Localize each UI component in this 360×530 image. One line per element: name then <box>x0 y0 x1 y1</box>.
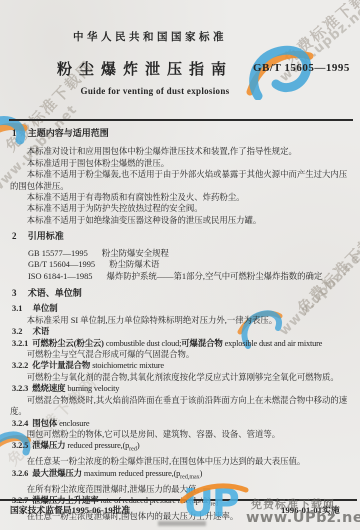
term-definition: 可燃混合物燃烧时,其火焰前沿阵面在垂直于该前沿阵面方向上在未燃混合物中移动的速度… <box>10 395 354 418</box>
reference-name: 粉尘防爆安全规程 <box>102 249 169 258</box>
blurred-stamp <box>158 521 206 526</box>
scanned-standard-document: 免费标准下载网 www.upbz.net 免费标准下载网 www.upbz.ne… <box>0 0 360 530</box>
term-en: explosible dust and air mixture <box>225 339 323 348</box>
subsection-3-2-heading: 3.2 术语 <box>12 326 354 337</box>
term-number: 3.2.4 <box>12 419 28 428</box>
term-en: stoichiometric mixture <box>92 361 164 370</box>
subsection-3-1-heading: 3.1 单位制 <box>12 303 354 314</box>
header-divider <box>9 119 353 121</box>
section-3-heading: 3 术语、单位制 <box>12 288 354 299</box>
term-heading: 3.2.5 泄爆压力 reduced pressure,(pred) <box>12 440 354 456</box>
section-number: 2 <box>12 231 17 241</box>
term-subscript: red,max <box>180 474 200 480</box>
scope-paragraph: 本标准不适用于如绝缘油变压器这种设备的泄压或民用压力罐。 <box>10 215 354 226</box>
term-number: 3.2.1 <box>12 339 28 348</box>
section-number: 1 <box>12 128 17 138</box>
scope-paragraph: 本标准不适用于为防护失控放热过程的安全阀。 <box>10 203 354 214</box>
term-number: 3.2.6 <box>12 469 28 478</box>
section-title: 引用标准 <box>28 231 64 241</box>
section-1-heading: 1 主题内容与适用范围 <box>12 128 354 139</box>
reference-item: GB 15577—1995 粉尘防爆安全规程 <box>28 248 354 260</box>
term-definition: 在任意某一粉尘浓度的粉尘爆炸泄压时,在围包体中压力达到的最大表压值。 <box>10 456 354 467</box>
section-number: 3 <box>12 288 17 298</box>
term-definition: 可燃粉尘与空气混合形成可爆的气固混合物。 <box>10 349 354 360</box>
term-cn: 化学计量混合物 <box>32 361 90 370</box>
term-heading: 3.2.1 可燃粉尘云(粉尘云) combustible dust cloud;… <box>12 338 354 349</box>
term-definition: 可燃粉尘与氧化剂的混合物,其氧化剂浓度按化学反应式计算刚够完全氧化可燃物质。 <box>10 372 354 383</box>
section-title: 单位制 <box>33 304 58 313</box>
reference-code: GB 15577—1995 <box>28 249 88 258</box>
term-definition: 围包可燃粉尘的物体,它可以是房间、建筑物、容器、设备、管道等。 <box>10 429 354 440</box>
reference-name: 粉尘防爆术语 <box>109 260 159 269</box>
reference-item: ISO 6184-1—1985 爆炸防护系统——第1部分,空气中可燃粉尘爆炸指数… <box>28 271 354 283</box>
term-subscript: red <box>129 447 137 453</box>
reference-item: GB/T 15604—1995 粉尘防爆术语 <box>28 259 354 271</box>
reference-code: ISO 6184-1—1985 <box>28 272 92 281</box>
watermark-site-url: www.UPbz.net <box>246 510 360 526</box>
term-heading: 3.2.4 围包体 enclosure <box>12 418 354 429</box>
term-number: 3.2.5 <box>12 441 28 450</box>
section-number: 3.2 <box>12 327 22 336</box>
scope-paragraph: 本标准对设计和应用围包体中粉尘爆炸泄压技术和装置,作了指导性规定。 <box>10 146 354 157</box>
scope-paragraph: 本标准适用于围包体粉尘爆燃的泄压。 <box>10 158 354 169</box>
section-title: 术语、单位制 <box>28 288 82 298</box>
term-en: combustible dust cloud; <box>106 339 181 348</box>
term-en: burning velocity <box>67 384 119 393</box>
term-en: maximum reduced pressure,(p <box>84 469 180 478</box>
reference-code: GB/T 15604—1995 <box>28 260 95 269</box>
up-logo-swoosh-icon <box>180 482 250 504</box>
unit-system-body: 本标准采用 SI 单位制,压力单位除特殊标明绝对压力外,一律为表压。 <box>10 315 354 326</box>
term-heading: 3.2.2 化学计量混合物 stoichiometric mixture <box>12 360 354 371</box>
term-heading: 3.2.3 燃烧速度 burning velocity <box>12 383 354 394</box>
term-number: 3.2.3 <box>12 384 28 393</box>
term-en: enclosure <box>59 419 89 428</box>
term-cn: 最大泄爆压力 <box>32 469 82 478</box>
document-title-en: Guide for venting of dust explosions <box>0 86 310 96</box>
term-cn: 围包体 <box>32 419 57 428</box>
reference-name: 爆炸防护系统——第1部分,空气中可燃粉尘爆炸指数的确定 <box>107 272 323 281</box>
document-title-cn: 粉尘爆炸泄压指南 <box>0 58 290 79</box>
standard-authority-line: 中华人民共和国国家标准 <box>0 29 300 44</box>
term-en: ) <box>137 441 140 450</box>
section-2-heading: 2 引用标准 <box>12 231 354 242</box>
term-cn: 可爆混合物 <box>181 339 222 348</box>
term-cn: 燃烧速度 <box>32 384 65 393</box>
term-cn: 可燃粉尘云(粉尘云) <box>32 339 104 348</box>
term-en: ) <box>200 469 203 478</box>
section-number: 3.1 <box>12 304 22 313</box>
term-number: 3.2.2 <box>12 361 28 370</box>
term-en: reduced pressure,(p <box>67 441 129 450</box>
scope-paragraph: 本标准不适用于有毒物质和有腐蚀性粉尘及火、炸药粉尘。 <box>10 192 354 203</box>
standard-number: GB/T 15605—1995 <box>253 62 350 74</box>
section-title: 主题内容与适用范围 <box>28 128 109 138</box>
approval-authority-date: 国家技术监督局1995-06-19批准 <box>10 503 130 516</box>
scope-paragraph: 本标准不适用于粉尘爆轰,也不适用于由于外部火焰或暴露于其他火源中而产生过大内压的… <box>10 169 354 192</box>
document-body: 1 主题内容与适用范围 本标准对设计和应用围包体中粉尘爆炸泄压技术和装置,作了指… <box>10 126 354 523</box>
section-title: 术语 <box>33 327 50 336</box>
term-cn: 泄爆压力 <box>32 441 65 450</box>
